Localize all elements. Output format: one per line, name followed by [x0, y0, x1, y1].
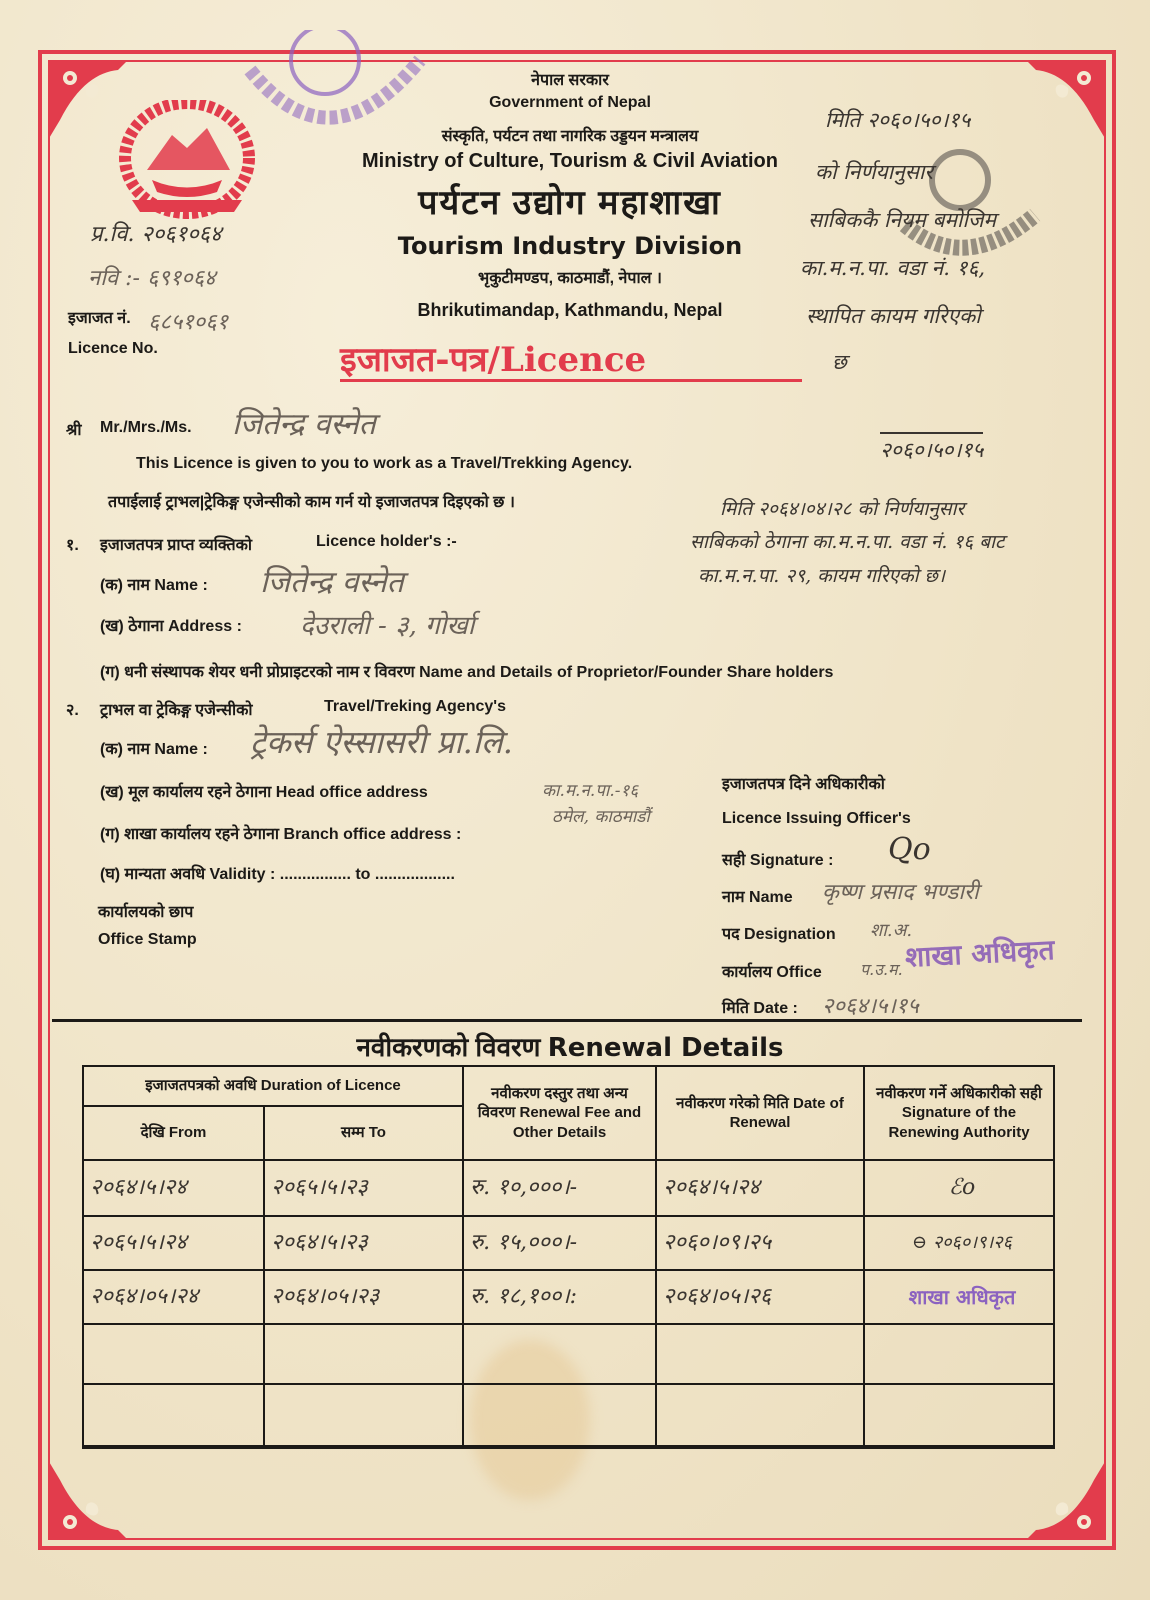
- renewal-title-np: नवीकरणको विवरण: [356, 1032, 540, 1062]
- address-np: भृकुटीमण्डप, काठमाडौं, नेपाल ।: [330, 266, 810, 288]
- cell-signature-icon: ⊖ २०६०।९।२६: [863, 1215, 1055, 1271]
- office-stamp-label-np: कार्यालयको छाप: [98, 900, 193, 922]
- section1-heading-np: इजाजतपत्र प्राप्त व्यक्तिको: [100, 533, 252, 555]
- issuer-signature-label: सही Signature :: [722, 848, 833, 870]
- head-office-value-2: ठमेल, काठमाडौं: [552, 804, 650, 827]
- cell-signature-stamp: शाखा अधिकृत: [863, 1269, 1055, 1325]
- section1-heading-en: Licence holder's :-: [316, 533, 457, 551]
- licence-purpose-np: तपाईलाई ट्राभल|ट्रेकिङ्ग एजेन्सीको काम ग…: [108, 490, 515, 512]
- greeting-prefix-en: Mr./Mrs./Ms.: [100, 419, 192, 437]
- floral-corner-icon: [1026, 1460, 1106, 1540]
- cell-signature-icon: ℰo: [863, 1159, 1055, 1217]
- section-divider: [52, 1019, 1082, 1022]
- issuer-name-label: नाम Name: [722, 885, 793, 907]
- licence-no-label-en: Licence No.: [68, 340, 158, 358]
- cell-from: २०६४।५।२४: [82, 1159, 265, 1217]
- government-en: Government of Nepal: [330, 94, 810, 112]
- cell-signature: [863, 1383, 1055, 1449]
- office-stamp-label-en: Office Stamp: [98, 931, 197, 949]
- cell-fee: रु. १०,०००।-: [462, 1159, 657, 1217]
- validity-label: (घ) मान्यता अवधि Validity : ............…: [100, 862, 455, 884]
- cell-date: २०६०।०९।२५: [655, 1215, 865, 1271]
- cell-from: [82, 1383, 265, 1449]
- division-en: Tourism Industry Division: [330, 232, 810, 260]
- issuer-signature-icon: Qo: [888, 832, 931, 867]
- section1-num: १.: [66, 533, 79, 555]
- head-office-label: (ख) मूल कार्यालय रहने ठेगाना Head office…: [100, 780, 428, 802]
- branch-office-label: (ग) शाखा कार्यालय रहने ठेगाना Branch off…: [100, 822, 461, 844]
- licence-note-line2: नवि :- ६९१०६४: [88, 262, 216, 292]
- cell-to: २०६४।५।२३: [263, 1215, 464, 1271]
- cell-date: २०६४।०५।२६: [655, 1269, 865, 1325]
- issuer-date-value: २०६४।५।१५: [822, 990, 919, 1020]
- document-title: इजाजत-पत्र/Licence: [340, 340, 802, 382]
- header-to: सम्म To: [263, 1105, 464, 1161]
- cell-to: [263, 1383, 464, 1449]
- header-duration: इजाजतपत्रको अवधि Duration of Licence: [82, 1065, 464, 1107]
- holder-address-value: देउराली - ३, गोर्खा: [300, 606, 475, 642]
- cell-date: [655, 1383, 865, 1449]
- cell-fee: [462, 1323, 657, 1385]
- licence-no-label-np: इजाजत नं.: [68, 306, 131, 328]
- renewal-table: इजाजतपत्रको अवधि Duration of Licence देख…: [82, 1065, 1055, 1449]
- header-from: देखि From: [82, 1105, 265, 1161]
- division-np: पर्यटन उद्योग महाशाखा: [330, 178, 810, 224]
- header-fee: नवीकरण दस्तुर तथा अन्य विवरण Renewal Fee…: [462, 1065, 657, 1161]
- issuer-office-label: कार्यालय Office: [722, 960, 822, 982]
- government-np: नेपाल सरकार: [330, 68, 810, 90]
- section2-heading-np: ट्राभल वा ट्रेकिङ्ग एजेन्सीको: [100, 698, 253, 720]
- section2-heading-en: Travel/Treking Agency's: [324, 698, 506, 716]
- address-en: Bhrikutimandap, Kathmandu, Nepal: [330, 300, 810, 321]
- issuer-office-value: प.उ.म.: [860, 958, 903, 980]
- agency-name-label: (क) नाम Name :: [100, 737, 208, 759]
- issuer-date-label: मिति Date :: [722, 996, 798, 1018]
- officer-stamp: शाखा अधिकृत: [904, 930, 1055, 976]
- renewal-title: नवीकरणको विवरण Renewal Details: [260, 1028, 880, 1064]
- ministry-en: Ministry of Culture, Tourism & Civil Avi…: [330, 150, 810, 173]
- floral-corner-icon: [1026, 60, 1106, 140]
- cell-to: २०६४।०५।२३: [263, 1269, 464, 1325]
- holder-name-value: जितेन्द्र वस्नेत: [260, 560, 404, 601]
- greeting-prefix-np: श्री: [66, 418, 81, 440]
- floral-corner-icon: [48, 1460, 128, 1540]
- cell-date: [655, 1323, 865, 1385]
- cell-fee: रु. १८,१००।:: [462, 1269, 657, 1325]
- agency-name-value: ट्रेकर्स ऐस्सासरी प्रा.लि.: [250, 720, 513, 763]
- cell-from: २०६५।५।२४: [82, 1215, 265, 1271]
- cell-signature: [863, 1323, 1055, 1385]
- ministry-np: संस्कृति, पर्यटन तथा नागरिक उड्डयन मन्त्…: [330, 124, 810, 146]
- licence-no-value: ६८५१०६१: [148, 306, 228, 336]
- head-office-value-1: का.म.न.पा.-१६: [542, 778, 638, 801]
- cell-from: २०६४।०५।२४: [82, 1269, 265, 1325]
- licence-purpose-en: This Licence is given to you to work as …: [136, 455, 632, 473]
- cell-date: २०६४।५।२४: [655, 1159, 865, 1217]
- proprietor-label: (ग) धनी संस्थापक शेयर धनी प्रोप्राइटरको …: [100, 660, 833, 682]
- section2-num: २.: [66, 698, 79, 720]
- header-date: नवीकरण गरेको मिति Date of Renewal: [655, 1065, 865, 1161]
- holder-name-label: (क) नाम Name :: [100, 573, 208, 595]
- licence-note-line1: प्र.वि. २०६१०६४: [90, 218, 222, 248]
- holder-address-label: (ख) ठेगाना Address :: [100, 614, 242, 636]
- cell-to: [263, 1323, 464, 1385]
- renewal-title-en: Renewal Details: [548, 1033, 784, 1063]
- header-signature: नवीकरण गर्ने अधिकारीको सही Signature of …: [863, 1065, 1055, 1161]
- issuer-heading-en: Licence Issuing Officer's: [722, 810, 911, 828]
- issuer-name-value: कृष्ण प्रसाद भण्डारी: [822, 876, 979, 906]
- issuer-heading-np: इजाजतपत्र दिने अधिकारीको: [722, 772, 885, 794]
- cell-fee: [462, 1383, 657, 1449]
- cell-fee: रु. १५,०००।-: [462, 1215, 657, 1271]
- issuer-designation-label: पद Designation: [722, 922, 836, 944]
- cell-to: २०६५।५।२३: [263, 1159, 464, 1217]
- holder-name: जितेन्द्र वस्नेत: [232, 402, 376, 443]
- cell-from: [82, 1323, 265, 1385]
